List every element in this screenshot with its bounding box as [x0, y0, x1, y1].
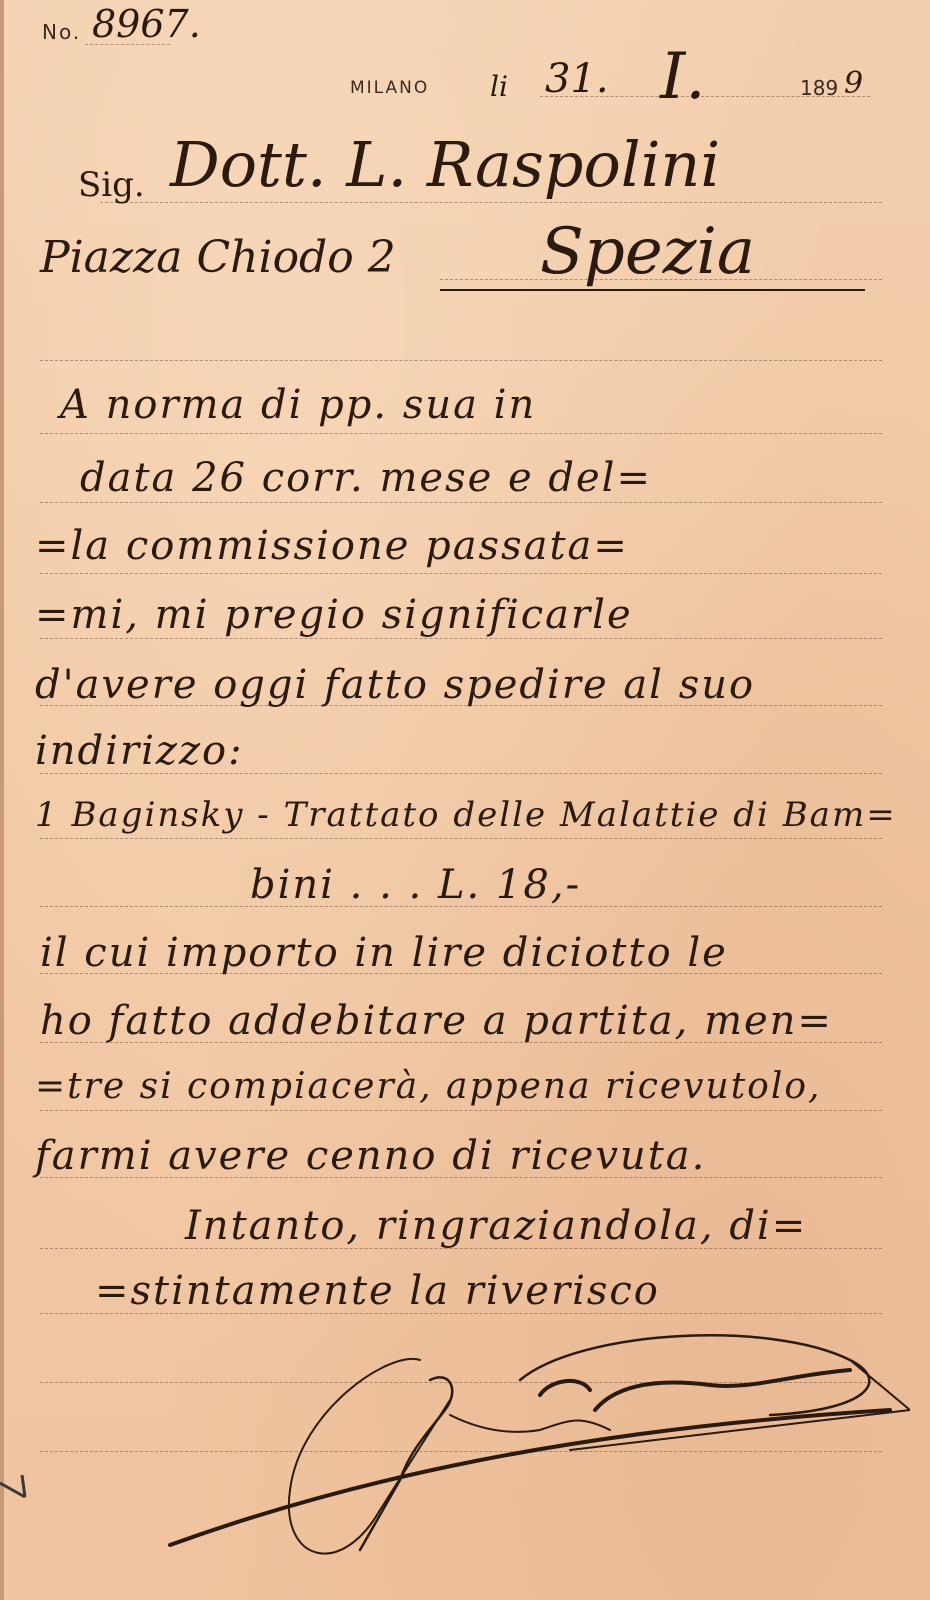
body-line-9: il cui importo in lire diciotto le: [40, 930, 728, 976]
date-month: I.: [660, 40, 706, 114]
closing-line-1: Intanto, ringraziandola, di=: [185, 1203, 807, 1249]
body-line-6: indirizzo:: [35, 728, 244, 774]
recipient-street: Piazza Chiodo 2: [40, 232, 396, 283]
letter-card: No. 8967. MILANO li 31. I. 189 9 Sig. Do…: [0, 0, 930, 1600]
rule-3: [40, 502, 882, 503]
rule-1: [40, 360, 882, 361]
item-price-line: bini . . . L. 18,-: [250, 862, 581, 908]
rule-4: [40, 573, 882, 574]
rule-5: [40, 638, 882, 639]
body-line-11: =tre si compiacerà, appena ricevutolo,: [35, 1066, 821, 1107]
body-line-3: =la commissione passata=: [35, 523, 629, 569]
rule-8: [40, 838, 882, 839]
recipient-city: Spezia: [540, 215, 755, 289]
closing-line-2: =stintamente la riverisco: [95, 1268, 660, 1314]
body-line-12: farmi avere cenno di ricevuta.: [35, 1133, 706, 1179]
number-label: No.: [42, 20, 81, 44]
rule-2: [40, 433, 882, 434]
body-line-4: =mi, mi pregio significarle: [35, 592, 633, 638]
date-year-hand: 9: [844, 66, 863, 101]
body-line-2: data 26 corr. mese e del=: [80, 455, 652, 501]
corner-mark-icon: [0, 1465, 40, 1505]
rule-12: [40, 1110, 882, 1111]
item-line: 1 Baginsky - Trattato delle Malattie di …: [35, 795, 897, 835]
body-line-10: ho fatto addebitare a partita, men=: [40, 998, 833, 1044]
li-label: li: [490, 70, 508, 103]
recipient-name: Dott. L. Raspolini: [170, 128, 720, 201]
number-value: 8967.: [92, 2, 201, 46]
date-day: 31.: [545, 56, 609, 102]
rule-city-underline: [440, 289, 865, 291]
salutation-label: Sig.: [78, 165, 145, 205]
signature-flourish-icon: [150, 1320, 910, 1590]
place-label: MILANO: [350, 78, 429, 98]
paper-edge: [0, 0, 4, 1600]
body-line-1: A norma di pp. sua in: [60, 382, 536, 428]
rule-recipient: [100, 202, 882, 203]
body-line-5: d'avere oggi fatto spedire al suo: [35, 662, 755, 708]
date-year-printed: 189: [800, 76, 838, 100]
